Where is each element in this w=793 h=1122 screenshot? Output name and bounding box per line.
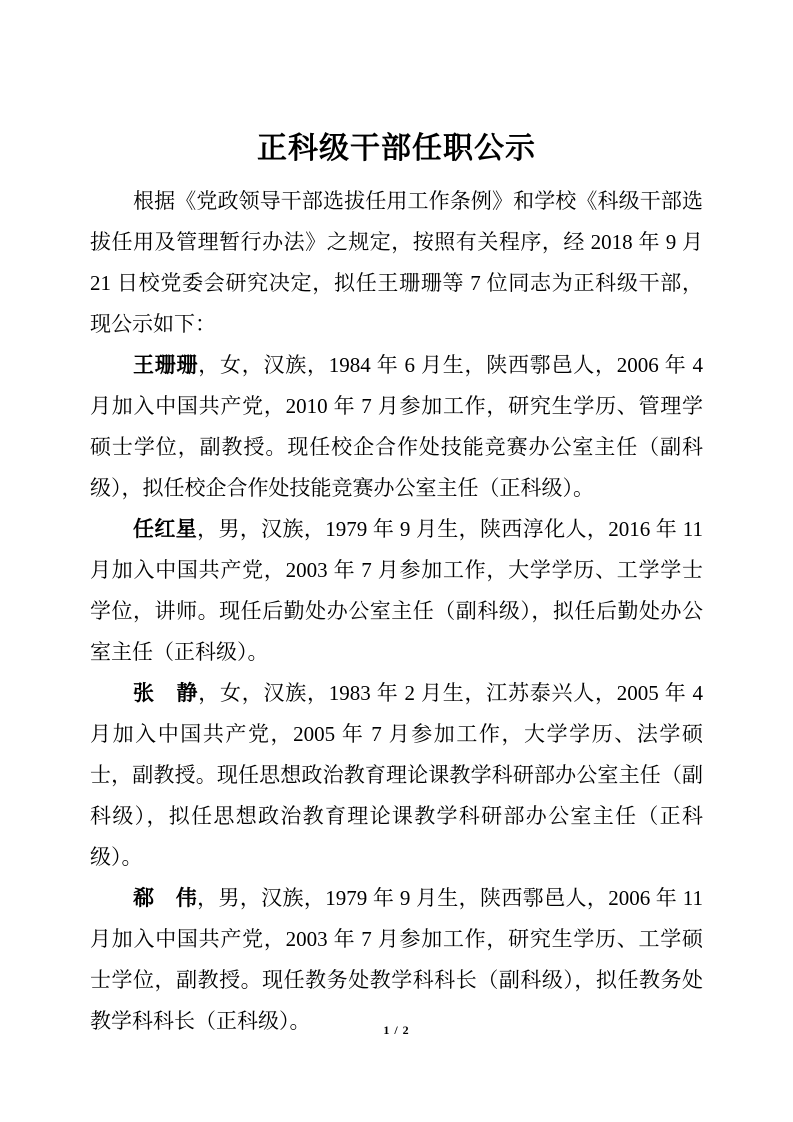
page-number: 1 / 2 [0, 1023, 793, 1038]
intro-paragraph: 根据《党政领导干部选拔任用工作条例》和学校《科级干部选拔任用及管理暂行办法》之规… [90, 181, 703, 345]
appointee-name: 任红星 [133, 517, 197, 541]
appointee-name: 郗 伟 [133, 886, 197, 910]
appointee-details: ，女，汉族，1983 年 2 月生，江苏泰兴人，2005 年 4 月加入中国共产… [90, 681, 703, 869]
appointee-paragraph: 张 静，女，汉族，1983 年 2 月生，江苏泰兴人，2005 年 4 月加入中… [90, 673, 703, 878]
appointee-paragraph: 王珊珊，女，汉族，1984 年 6 月生，陕西鄠邑人，2006 年 4 月加入中… [90, 345, 703, 509]
appointee-paragraph: 郗 伟，男，汉族，1979 年 9 月生，陕西鄠邑人，2006 年 11 月加入… [90, 878, 703, 1042]
document-title: 正科级干部任职公示 [90, 130, 703, 168]
document-page: { "document": { "title": "正科级干部任职公示", "i… [0, 0, 793, 1122]
appointee-name: 王珊珊 [133, 353, 198, 377]
appointee-paragraph: 任红星，男，汉族，1979 年 9 月生，陕西淳化人，2016 年 11 月加入… [90, 509, 703, 673]
document-body: 正科级干部任职公示 根据《党政领导干部选拔任用工作条例》和学校《科级干部选拔任用… [90, 130, 703, 1042]
appointee-name: 张 静 [133, 681, 198, 705]
